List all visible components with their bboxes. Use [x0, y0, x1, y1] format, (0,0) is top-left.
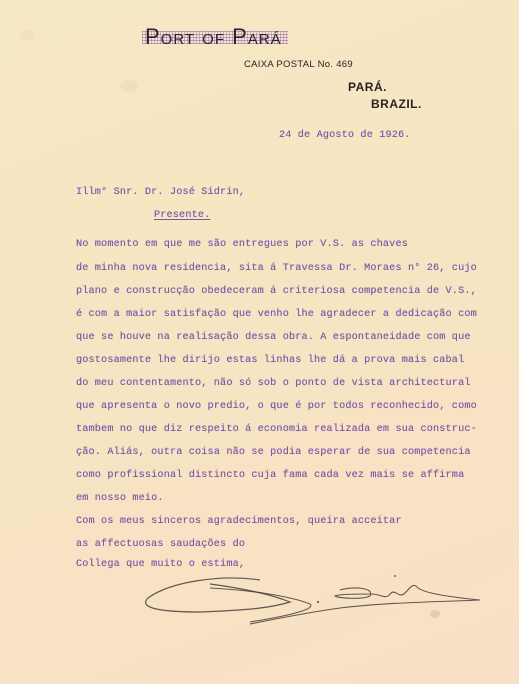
body-line: que se houve na realisação dessa obra. A… [76, 332, 471, 343]
body-line: Com os meus sinceros agradecimentos, que… [76, 516, 402, 527]
body-line: tambem no que diz respeito á economia re… [76, 424, 477, 435]
body-line: é com a maior satisfação que venho lhe a… [76, 309, 477, 320]
salutation: Illm° Snr. Dr. José Sidrin, [76, 187, 245, 198]
presente-line: Presente. [154, 210, 210, 221]
body-line: de minha nova residencia, sita á Travess… [76, 263, 477, 274]
handwritten-signature [140, 568, 480, 628]
body-line: gostosamente lhe dirijo estas linhas lhe… [76, 355, 464, 366]
body-line: as affectuosas saudações do [76, 539, 245, 550]
postal-box: CAIXA POSTAL No. 469 [244, 59, 353, 70]
paper-stain [120, 80, 138, 92]
letter-date: 24 de Agosto de 1926. [279, 130, 411, 141]
country: BRAZIL. [371, 97, 422, 111]
letter-paper: Port of Pará CAIXA POSTAL No. 469 PARÁ. … [0, 0, 519, 684]
body-line: em nosso meio. [76, 493, 164, 504]
letterhead-title: Port of Pará [145, 26, 282, 48]
body-line: No momento em que me são entregues por V… [76, 239, 408, 250]
body-line: como profissional distincto cuja fama ca… [76, 470, 464, 481]
body-line: ção. Aliás, outra coisa não se podia esp… [76, 447, 471, 458]
body-line: plano e construcção obedeceram á criteri… [76, 286, 477, 297]
body-line: que apresenta o novo predio, o que é por… [76, 401, 477, 412]
body-line: do meu contentamento, não só sob o ponto… [76, 378, 471, 389]
paper-stain [20, 30, 34, 40]
letterhead-title-text: Port of Pará [145, 24, 282, 49]
city: PARÁ. [348, 80, 387, 94]
